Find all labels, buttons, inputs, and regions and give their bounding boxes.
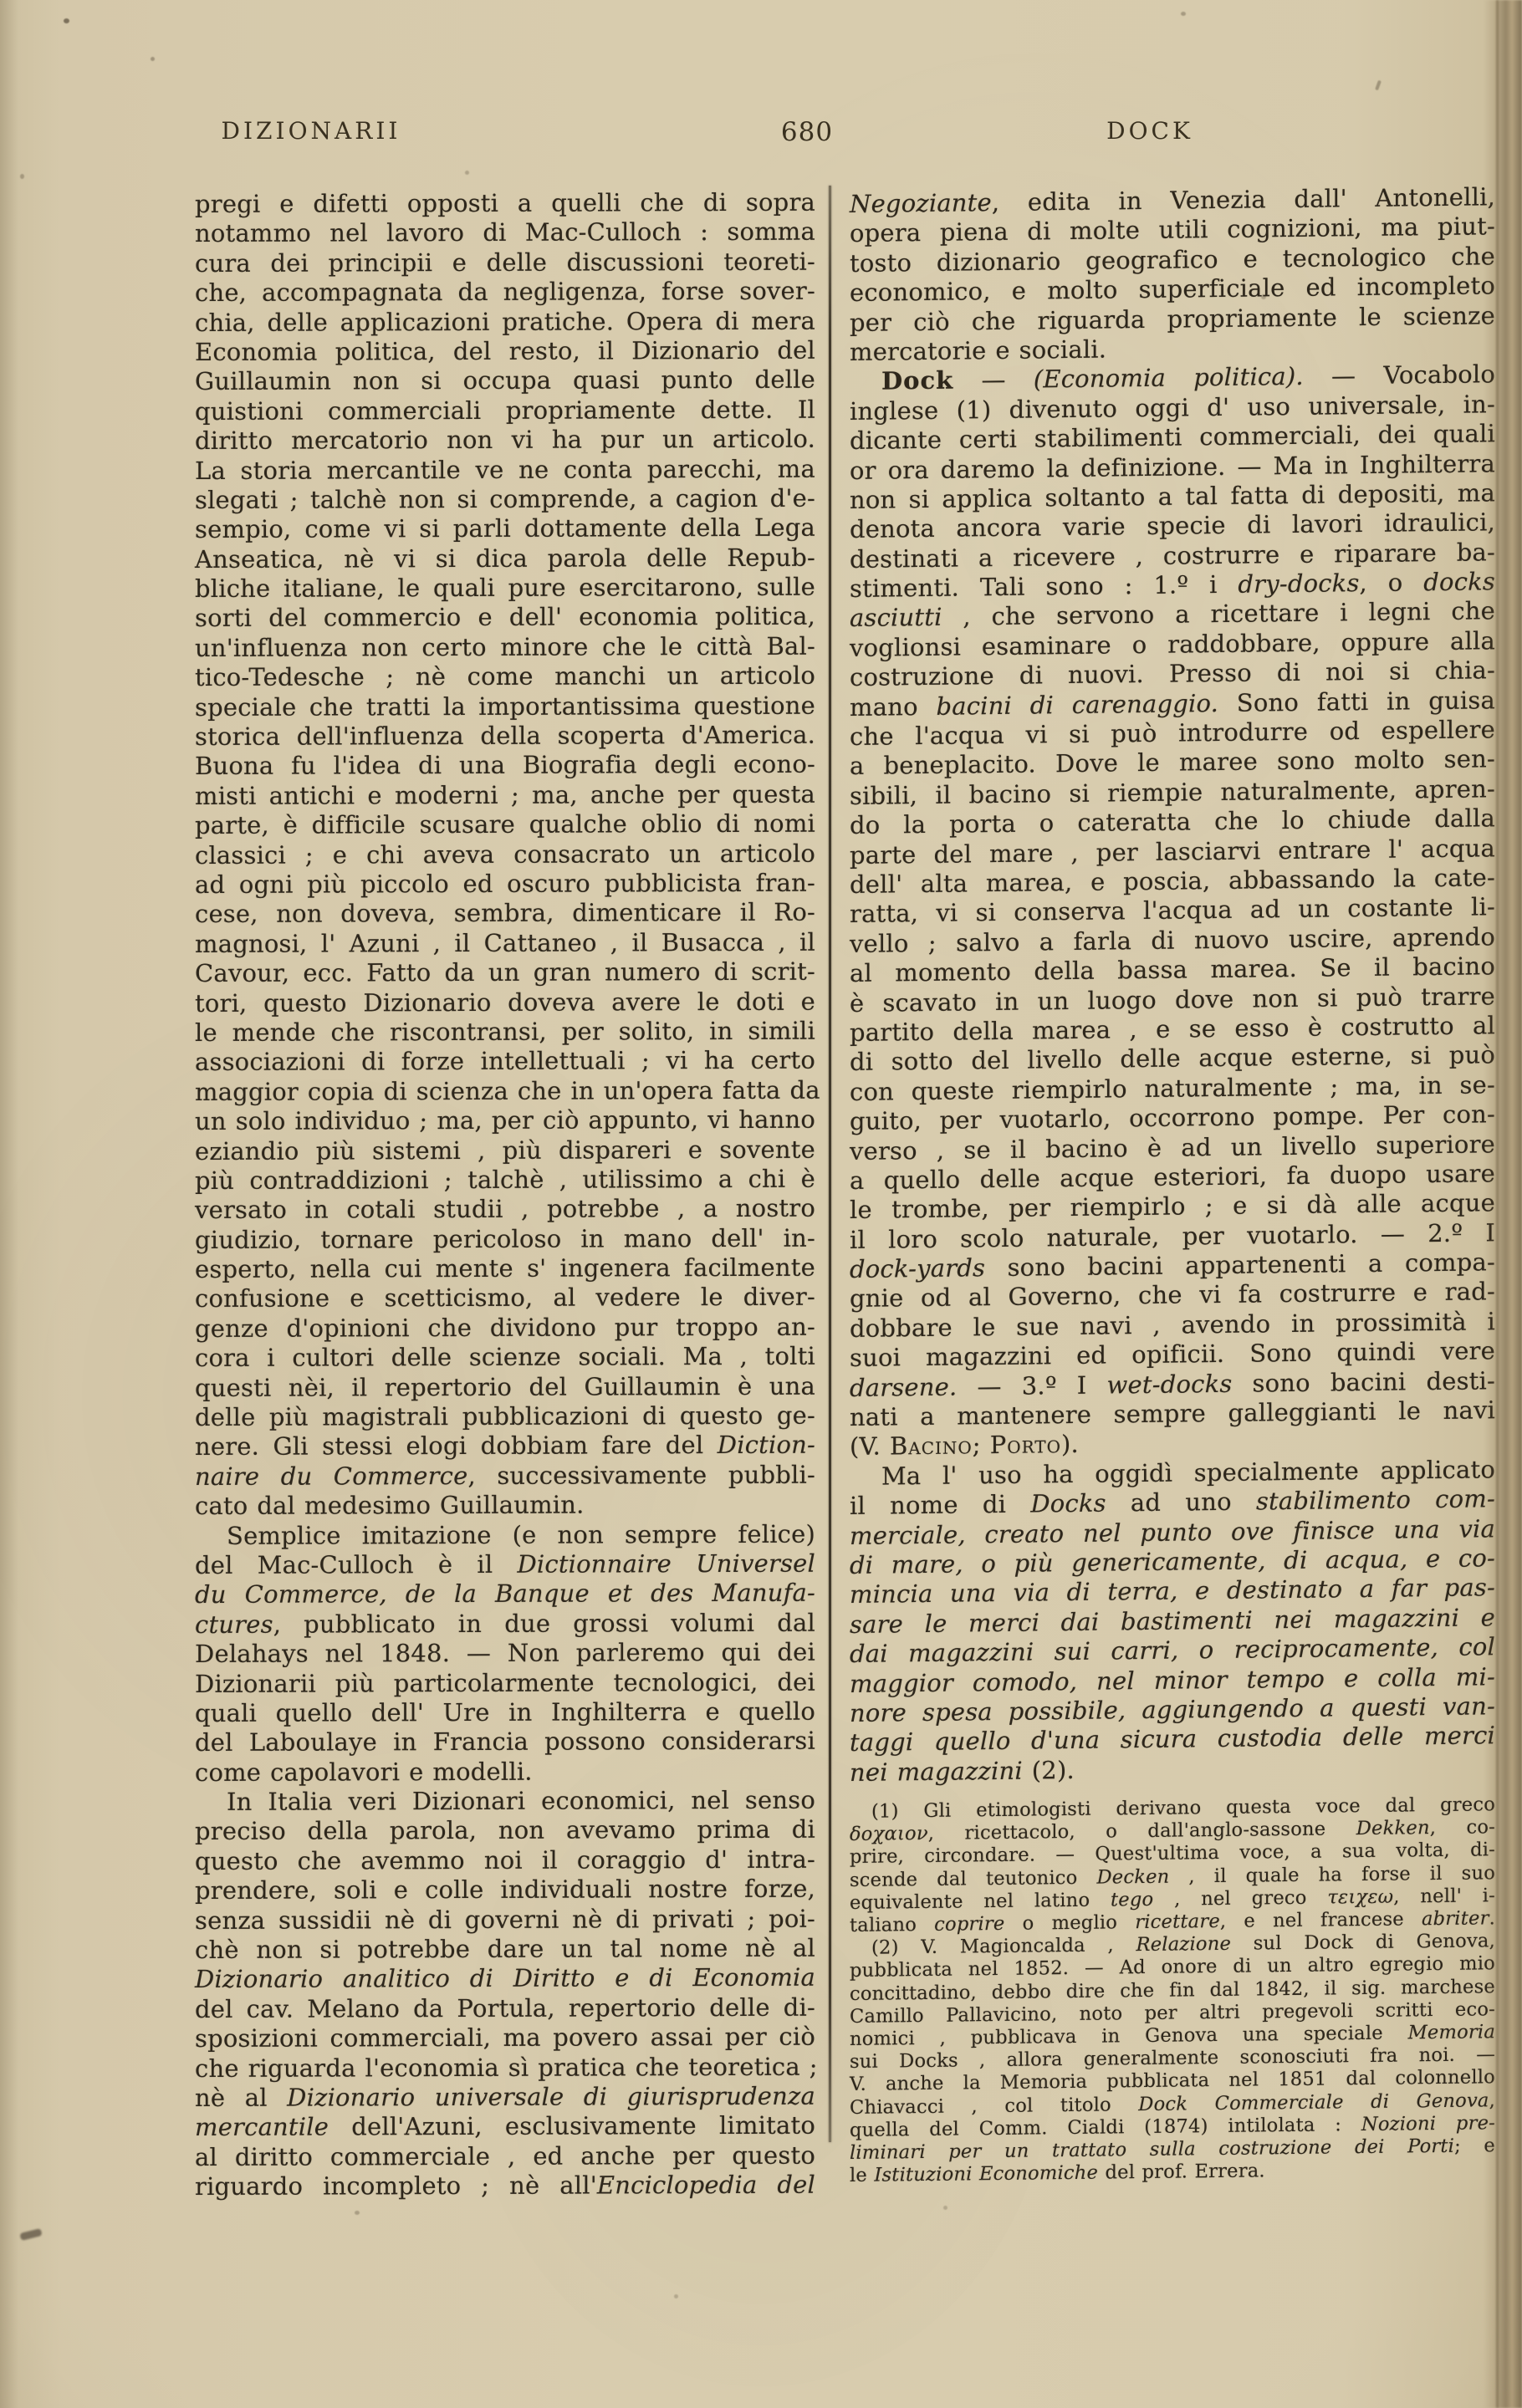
text-line: le mende che riscontransi, per solito, i…	[195, 1017, 815, 1048]
text-line: questo che avemmo noi il coraggio d' int…	[195, 1845, 815, 1877]
left-edge-shadow	[0, 0, 18, 2408]
ink-speck	[64, 18, 69, 23]
text-line: cato dal medesimo Guillaumin.	[195, 1490, 815, 1522]
text-line: classici ; e chi aveva consacrato un art…	[195, 839, 815, 870]
text-line: misti antichi e moderni ; ma, anche per …	[195, 779, 815, 811]
text-line: Economia politica, del resto, il Diziona…	[195, 336, 815, 368]
text-line: bliche italiane, le quali pure esercitar…	[195, 573, 815, 605]
text-line: del Laboulaye in Francia possono conside…	[195, 1727, 815, 1758]
text-line: al diritto commerciale , ed anche per qu…	[195, 2140, 815, 2172]
text-line: du Commerce, de la Banque et des Manufa-	[195, 1579, 815, 1610]
text-line: cura dei principii e delle discussioni t…	[195, 247, 815, 278]
ink-speck	[465, 171, 469, 175]
text-line: maggior copia di scienza che in un'opera…	[195, 1075, 815, 1107]
text-line: Dizionarii più particolarmente tecnologi…	[195, 1667, 815, 1699]
text-line: pregi e difetti opposti a quelli che di …	[195, 188, 815, 220]
text-line: sposizioni commerciali, ma povero assai …	[195, 2023, 815, 2054]
text-line: del Mac-Culloch è il Dictionnaire Univer…	[195, 1549, 815, 1581]
text-line: Delahays nel 1848. — Non parleremo qui d…	[195, 1638, 815, 1670]
ink-speck	[674, 2294, 678, 2298]
running-head-left: DIZIONARII	[186, 117, 437, 145]
dock-entry-text: Negoziante, edita in Venezia dall' Anton…	[850, 182, 1495, 1788]
running-header: DIZIONARII 680 DOCK	[0, 117, 1522, 154]
text-line: preciso della parola, non avevamo prima …	[195, 1815, 815, 1847]
text-line: riguardo incompleto ; nè all'Enciclopedi…	[195, 2171, 815, 2202]
text-line: Anseatica, nè vi si dica parola delle Re…	[195, 543, 815, 574]
text-line: come capolavori e modelli.	[195, 1756, 815, 1788]
text-line: associazioni di forze intellettuali ; vi…	[195, 1046, 815, 1078]
pencil-mark	[19, 2228, 42, 2241]
text-line: eziandio più sistemi , più dispareri e s…	[195, 1135, 815, 1166]
ink-speck	[151, 57, 155, 61]
right-text-column: Negoziante, edita in Venezia dall' Anton…	[850, 182, 1495, 2187]
text-line: nè al Dizionario universale di giurispru…	[195, 2082, 815, 2114]
text-line: delle più magistrali pubblicazioni di qu…	[195, 1401, 815, 1433]
text-line: prendere, soli e colle individuali nostr…	[195, 1875, 815, 1906]
text-line: del cav. Melano da Portula, repertorio d…	[195, 1992, 815, 2024]
text-line: nere. Gli stessi elogi dobbiam fare del …	[195, 1431, 815, 1462]
book-page-scan: DIZIONARII 680 DOCK pregi e difetti oppo…	[0, 0, 1522, 2408]
text-line: diritto mercatorio non vi ha pur un arti…	[195, 425, 815, 457]
column-divider-rule	[829, 186, 831, 2142]
text-line: notammo nel lavoro di Mac-Culloch : somm…	[195, 217, 815, 249]
text-line: In Italia veri Dizionari economici, nel …	[195, 1786, 815, 1818]
text-line: quali quello dell' Ure in Inghilterra e …	[195, 1697, 815, 1729]
text-line: giudizio, tornare pericoloso in mano del…	[195, 1223, 815, 1255]
ink-speck	[1375, 80, 1382, 91]
text-line: Semplice imitazione (e non sempre felice…	[195, 1519, 815, 1551]
text-line: chia, delle applicazioni pratiche. Opera…	[195, 306, 815, 338]
text-line: sorti del commercio e dell' economia pol…	[195, 602, 815, 634]
text-line: genze d'opinioni che dividono pur troppo…	[195, 1313, 815, 1344]
footnotes-section: (1) Gli etimologisti derivano questa voc…	[850, 1793, 1495, 2187]
text-line: La storia mercantile ve ne conta parecch…	[195, 454, 815, 486]
ink-speck	[943, 2206, 947, 2210]
text-line: tico-Tedesche ; nè come manchi un artico…	[195, 661, 815, 693]
text-line: ctures, pubblicato in due grossi volumi …	[195, 1608, 815, 1640]
text-line: senza sussidii nè di governi nè di priva…	[195, 1904, 815, 1936]
text-line: che, accompagnata da negligenza, forse s…	[195, 277, 815, 309]
page-number: 680	[723, 117, 891, 147]
text-line: speciale che tratti la importantissima q…	[195, 691, 815, 722]
text-line: Guillaumin non si occupa quasi punto del…	[195, 365, 815, 397]
text-line: parte, è difficile scusare qualche oblio…	[195, 809, 815, 841]
text-line: esperto, nella cui mente s' ingenera fac…	[195, 1253, 815, 1285]
text-line: cese, non doveva, sembra, dimenticare il…	[195, 898, 815, 930]
page-edge-line	[1496, 0, 1499, 2408]
text-line: storica dell'influenza della scoperta d'…	[195, 721, 815, 752]
text-line: sempio, come vi si parli dottamente dell…	[195, 513, 815, 545]
text-line: tori, questo Dizionario doveva avere le …	[195, 987, 815, 1018]
ink-speck	[1181, 12, 1186, 16]
text-line: confusione e scetticismo, al vedere le d…	[195, 1283, 815, 1314]
text-line: questi nèi, il repertorio del Guillaumin…	[195, 1371, 815, 1403]
text-line: slegati ; talchè non si comprende, a cag…	[195, 484, 815, 516]
text-line: naire du Commerce, successivamente pubbl…	[195, 1460, 815, 1492]
text-line: magnosi, l' Azuni , il Cattaneo , il Bus…	[195, 927, 815, 959]
text-line: Cavour, ecc. Fatto da un gran numero di …	[195, 957, 815, 989]
text-line: mercantile dell'Azuni, esclusivamente li…	[195, 2111, 815, 2143]
text-line: nei magazzini (2).	[850, 1751, 1495, 1788]
text-line: Buona fu l'idea di una Biografia degli e…	[195, 750, 815, 782]
left-text-column: pregi e difetti opposti a quelli che di …	[195, 188, 815, 2202]
text-line: che riguarda l'economia sì pratica che t…	[195, 2052, 815, 2084]
text-line: chè non si potrebbe dare un tal nome nè …	[195, 1934, 815, 1966]
text-line: un solo individuo ; ma, per ciò appunto,…	[195, 1105, 815, 1137]
ink-speck	[20, 174, 24, 179]
text-line: ad ogni più piccolo ed oscuro pubblicist…	[195, 869, 815, 900]
running-head-right: DOCK	[1024, 117, 1275, 145]
text-line: più contraddizioni ; talchè , utilissimo…	[195, 1165, 815, 1196]
text-line: versato in cotali studii , potrebbe , a …	[195, 1194, 815, 1226]
text-line: cora i cultori delle scienze sociali. Ma…	[195, 1342, 815, 1374]
text-line: un'influenza non certo minore che le cit…	[195, 632, 815, 664]
text-line: Dizionario analitico di Diritto e di Eco…	[195, 1963, 815, 1995]
text-line: quistioni commerciali propriamente dette…	[195, 395, 815, 426]
ink-speck	[355, 2211, 360, 2215]
